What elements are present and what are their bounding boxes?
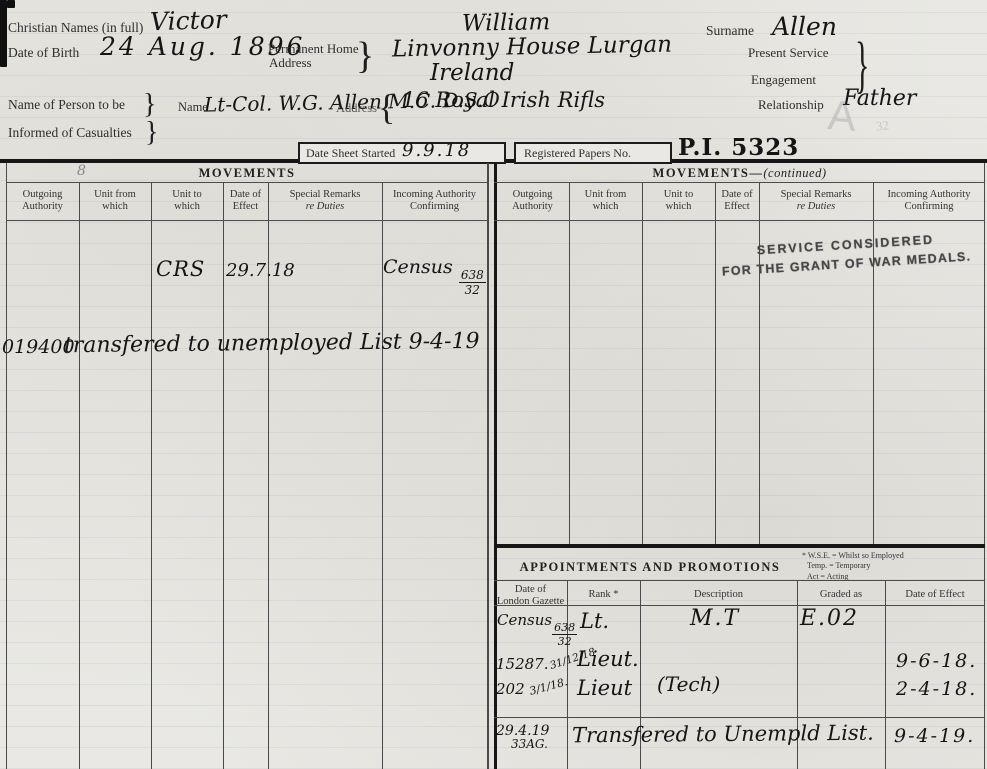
movements-continued-title: MOVEMENTS—(continued) (494, 166, 985, 181)
appt-row1-graded: E.02 (800, 606, 859, 631)
table-border (6, 163, 7, 769)
date-sheet-value: 9.9.18 (402, 140, 471, 161)
col-header-special-remarks: Special Remarksre Duties (759, 189, 873, 214)
registered-papers-label: Registered Papers No. (524, 146, 631, 161)
table-line (494, 182, 985, 183)
casualty-person-label-line1: Name of Person to be (8, 97, 125, 113)
column-line (567, 580, 568, 769)
christian-name-middle: William (462, 9, 551, 37)
casualty-brace-2: } (145, 117, 158, 149)
col-header-unit-from: Unit fromwhich (569, 189, 642, 214)
col-header-date-of-effect: Date ofEffect (715, 189, 759, 214)
casualty-address-value: 16 Royal Irish Rifls (402, 88, 605, 112)
column-line (642, 182, 643, 545)
col-header-rank: Rank * (567, 589, 640, 601)
col-header-incoming-authority: Incoming AuthorityConfirming (382, 189, 487, 214)
date-of-birth-label: Date of Birth (8, 45, 79, 61)
appointments-legend: * W.S.E. = Whilst so Employed Temp. = Te… (802, 551, 904, 582)
appt-row3-gazette: 202 3/1/18. (496, 680, 568, 698)
table-border (487, 163, 489, 769)
appt-row3-description: (Tech) (657, 672, 720, 696)
ghost-stamp-digits: 32 (875, 117, 890, 134)
column-line (885, 580, 886, 769)
present-service-label: Present Service (748, 45, 829, 61)
column-line (151, 182, 152, 769)
entry-transfer-note: transfered to unemployed List 9-4-19 (64, 329, 480, 358)
engagement-label: Engagement (751, 72, 816, 88)
appt-row3-effect: 2-4-18. (896, 678, 977, 700)
column-line (715, 182, 716, 545)
col-header-unit-from: Unit fromwhich (79, 189, 151, 214)
surname-label: Surname (706, 23, 754, 39)
col-header-outgoing-authority: OutgoingAuthority (6, 189, 79, 214)
table-line (494, 220, 985, 221)
column-line (223, 182, 224, 769)
home-address-value-line2: Ireland (430, 60, 514, 86)
home-address-label-line2: Address (269, 55, 312, 71)
appt-row2-effect: 9-6-18. (896, 650, 977, 672)
column-line (79, 182, 80, 769)
col-header-graded-as: Graded as (797, 589, 885, 601)
appt-row4-gazette-line2: 33AG. (511, 737, 548, 751)
table-border (984, 163, 985, 769)
date-sheet-box: Date Sheet Started 9.9.18 (298, 142, 506, 164)
casualty-address-label: Address (336, 101, 377, 116)
col-header-special-remarks: Special Remarksre Duties (268, 189, 382, 214)
scan-artifact (7, 0, 15, 8)
entry-incoming-authority: Census 63832 (383, 256, 486, 296)
col-header-london-gazette: Date ofLondon Gazette (494, 584, 567, 609)
registered-papers-value: P.I. 5323 (678, 134, 799, 161)
home-address-value-line1: Linvonny House Lurgan (392, 32, 672, 63)
surname-value: Allen (772, 12, 837, 41)
fraction: 63832 (459, 269, 486, 296)
entry-unit-to: CRS (156, 257, 205, 281)
appointments-top-border (494, 544, 985, 548)
appt-row4-effect: 9-4-19. (894, 725, 975, 747)
relationship-label: Relationship (758, 97, 824, 113)
col-header-date-of-effect: Date of Effect (885, 589, 985, 601)
col-header-incoming-authority: Incoming AuthorityConfirming (873, 189, 985, 214)
appt-row1-description: M.T (690, 606, 740, 631)
column-line (569, 182, 570, 545)
appointments-title: APPOINTMENTS AND PROMOTIONS (500, 560, 800, 575)
appt-row4-note: Transfered to Unempld List. (572, 721, 874, 748)
col-header-unit-to: Unit towhich (151, 189, 223, 214)
col-header-outgoing-authority: OutgoingAuthority (496, 189, 569, 214)
service-record-card: Christian Names (in full) Victor William… (0, 0, 987, 769)
table-border (494, 163, 497, 769)
war-medals-stamp: SERVICE CONSIDERED FOR THE GRANT OF WAR … (711, 228, 981, 282)
ghost-stamp-letter: A (826, 91, 857, 141)
col-header-date-of-effect: Date ofEffect (223, 189, 268, 214)
fraction: 63832 (552, 622, 577, 647)
date-sheet-label: Date Sheet Started (306, 146, 395, 161)
casualty-person-label-line2: Informed of Casualties (8, 125, 132, 141)
column-line (759, 182, 760, 545)
appt-row3-rank: Lieut (577, 676, 632, 700)
appt-row2-rank: Lieut. (577, 647, 639, 671)
scan-artifact (0, 0, 7, 67)
home-address-brace: } (356, 34, 374, 78)
appt-row1-rank: Lt. (580, 609, 609, 633)
pencil-mark: 8 (77, 163, 86, 179)
registered-papers-box: Registered Papers No. (514, 142, 672, 164)
appt-row1-gazette: Census63832 (497, 611, 577, 647)
entry-date-of-effect: 29.7.18 (226, 260, 295, 281)
col-header-description: Description (640, 589, 797, 601)
col-header-unit-to: Unit towhich (642, 189, 715, 214)
casualty-address-brace: { (378, 86, 395, 128)
